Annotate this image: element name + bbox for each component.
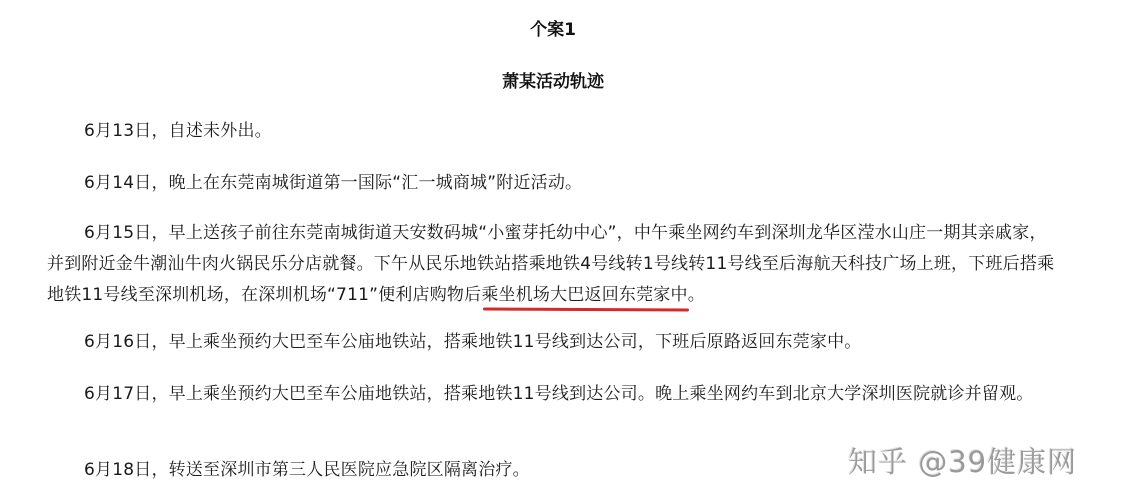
entry-june-13: 6月13日，自述未外出。 xyxy=(47,116,1059,147)
entry-june-15-text-middle: ，在深圳机场“711”便利店购物后 xyxy=(224,285,481,305)
entry-june-14: 6月14日，晚上在东莞南城街道第一国际“汇一城商城”附近活动。 xyxy=(47,168,1059,199)
case-title: 个案1 xyxy=(47,15,1059,40)
activity-trail-heading: 萧某活动轨迹 xyxy=(47,67,1059,92)
entry-june-17: 6月17日，早上乘坐预约大巴至车公庙地铁站，搭乘地铁11号线到达公司。晚上乘坐网… xyxy=(47,379,1059,410)
zhihu-watermark: 知乎 @39健康网 xyxy=(848,440,1077,481)
entry-june-15-text-before: 6月15日，早上送孩子前往东莞南城街道天安数码城“小蜜芽托幼中心”，中午乘坐网约… xyxy=(47,223,1047,274)
entry-june-16: 6月16日，早上乘坐预约大巴至车公庙地铁站，搭乘地铁11号线到达公司，下班后原路… xyxy=(47,327,1059,358)
red-underline-highlight-bus-home: 乘坐机场大巴返回东莞家中 xyxy=(481,285,687,305)
entry-june-15-text-after: 。 xyxy=(688,285,705,305)
entry-june-15: 6月15日，早上送孩子前往东莞南城街道天安数码城“小蜜芽托幼中心”，中午乘坐网约… xyxy=(47,218,1059,311)
